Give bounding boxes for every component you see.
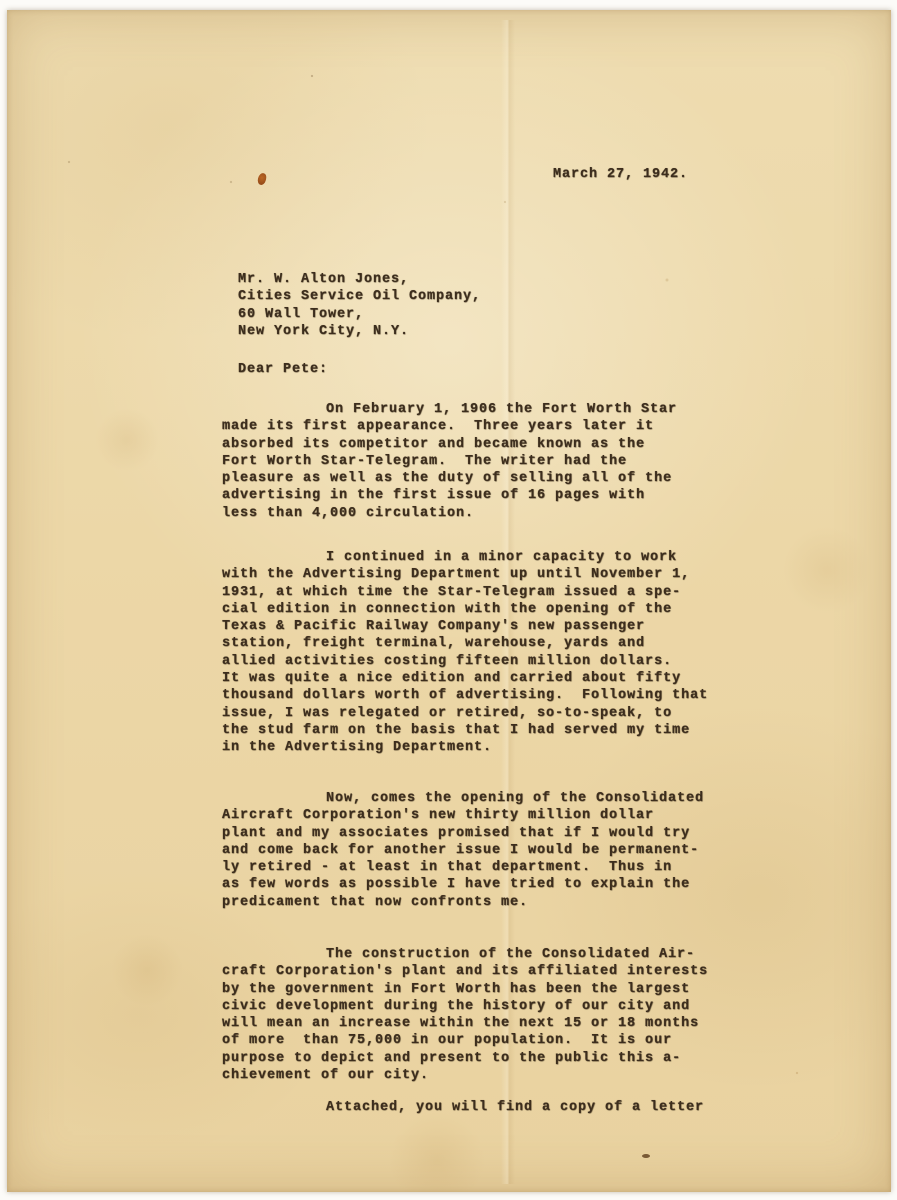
letter-line: of more than 75,000 in our population. I… xyxy=(222,1032,702,1049)
letter-line: will mean an increase within the next 15… xyxy=(222,1015,702,1032)
letter-line: made its first appearance. Three years l… xyxy=(222,418,702,435)
letter-line: allied activities costing fifteen millio… xyxy=(222,653,702,670)
letter-line: and come back for another issue I would … xyxy=(222,842,702,859)
salutation: Dear Pete: xyxy=(238,361,328,378)
letter-line: Mr. W. Alton Jones, xyxy=(238,271,481,288)
scan-background: March 27, 1942. Mr. W. Alton Jones,Citie… xyxy=(0,0,897,1200)
letter-line: It was quite a nice edition and carried … xyxy=(222,670,702,687)
letter-line: 1931, at which time the Star-Telegram is… xyxy=(222,584,702,601)
letter-paragraph: I continued in a minor capacity to workw… xyxy=(222,549,702,757)
letter-line: The construction of the Consolidated Air… xyxy=(222,946,702,963)
letter-line: cial edition in connection with the open… xyxy=(222,601,702,618)
letter-line: craft Corporation's plant and its affili… xyxy=(222,963,702,980)
letter-line: as few words as possible I have tried to… xyxy=(222,876,702,893)
letter-line: ly retired - at least in that department… xyxy=(222,859,702,876)
letter-line: issue, I was relegated or retired, so-to… xyxy=(222,705,702,722)
letter-line: purpose to depict and present to the pub… xyxy=(222,1050,702,1067)
letter-line: civic development during the history of … xyxy=(222,998,702,1015)
letter-line: advertising in the first issue of 16 pag… xyxy=(222,487,702,504)
letter-line: with the Advertising Department up until… xyxy=(222,566,702,583)
letter-content: March 27, 1942. Mr. W. Alton Jones,Citie… xyxy=(0,0,897,1200)
letter-line: less than 4,000 circulation. xyxy=(222,505,702,522)
letter-paragraph: On February 1, 1906 the Fort Worth Starm… xyxy=(222,401,702,522)
letter-line: thousand dollars worth of advertising. F… xyxy=(222,687,702,704)
letter-line: I continued in a minor capacity to work xyxy=(222,549,702,566)
letter-paragraph: The construction of the Consolidated Air… xyxy=(222,946,702,1084)
letter-line: predicament that now confronts me. xyxy=(222,894,702,911)
letter-line: On February 1, 1906 the Fort Worth Star xyxy=(222,401,702,418)
letter-line: by the government in Fort Worth has been… xyxy=(222,981,702,998)
letter-date: March 27, 1942. xyxy=(553,166,688,183)
letter-line: Cities Service Oil Company, xyxy=(238,288,481,305)
recipient-address: Mr. W. Alton Jones,Cities Service Oil Co… xyxy=(238,271,481,340)
letter-paragraph: Now, comes the opening of the Consolidat… xyxy=(222,790,702,911)
letter-line: pleasure as well as the duty of selling … xyxy=(222,470,702,487)
letter-line: chievement of our city. xyxy=(222,1067,702,1084)
letter-line: Now, comes the opening of the Consolidat… xyxy=(222,790,702,807)
letter-line: Aircraft Corporation's new thirty millio… xyxy=(222,807,702,824)
letter-line: Fort Worth Star-Telegram. The writer had… xyxy=(222,453,702,470)
letter-line: Texas & Pacific Railway Company's new pa… xyxy=(222,618,702,635)
letter-line: 60 Wall Tower, xyxy=(238,306,481,323)
letter-line: Attached, you will find a copy of a lett… xyxy=(222,1099,702,1116)
letter-line: in the Advertising Department. xyxy=(222,739,702,756)
letter-line: plant and my associates promised that if… xyxy=(222,825,702,842)
letter-line: New York City, N.Y. xyxy=(238,323,481,340)
closing-line: Attached, you will find a copy of a lett… xyxy=(222,1099,702,1116)
letter-line: station, freight terminal, warehouse, ya… xyxy=(222,635,702,652)
letter-line: absorbed its competitor and became known… xyxy=(222,436,702,453)
letter-line: the stud farm on the basis that I had se… xyxy=(222,722,702,739)
